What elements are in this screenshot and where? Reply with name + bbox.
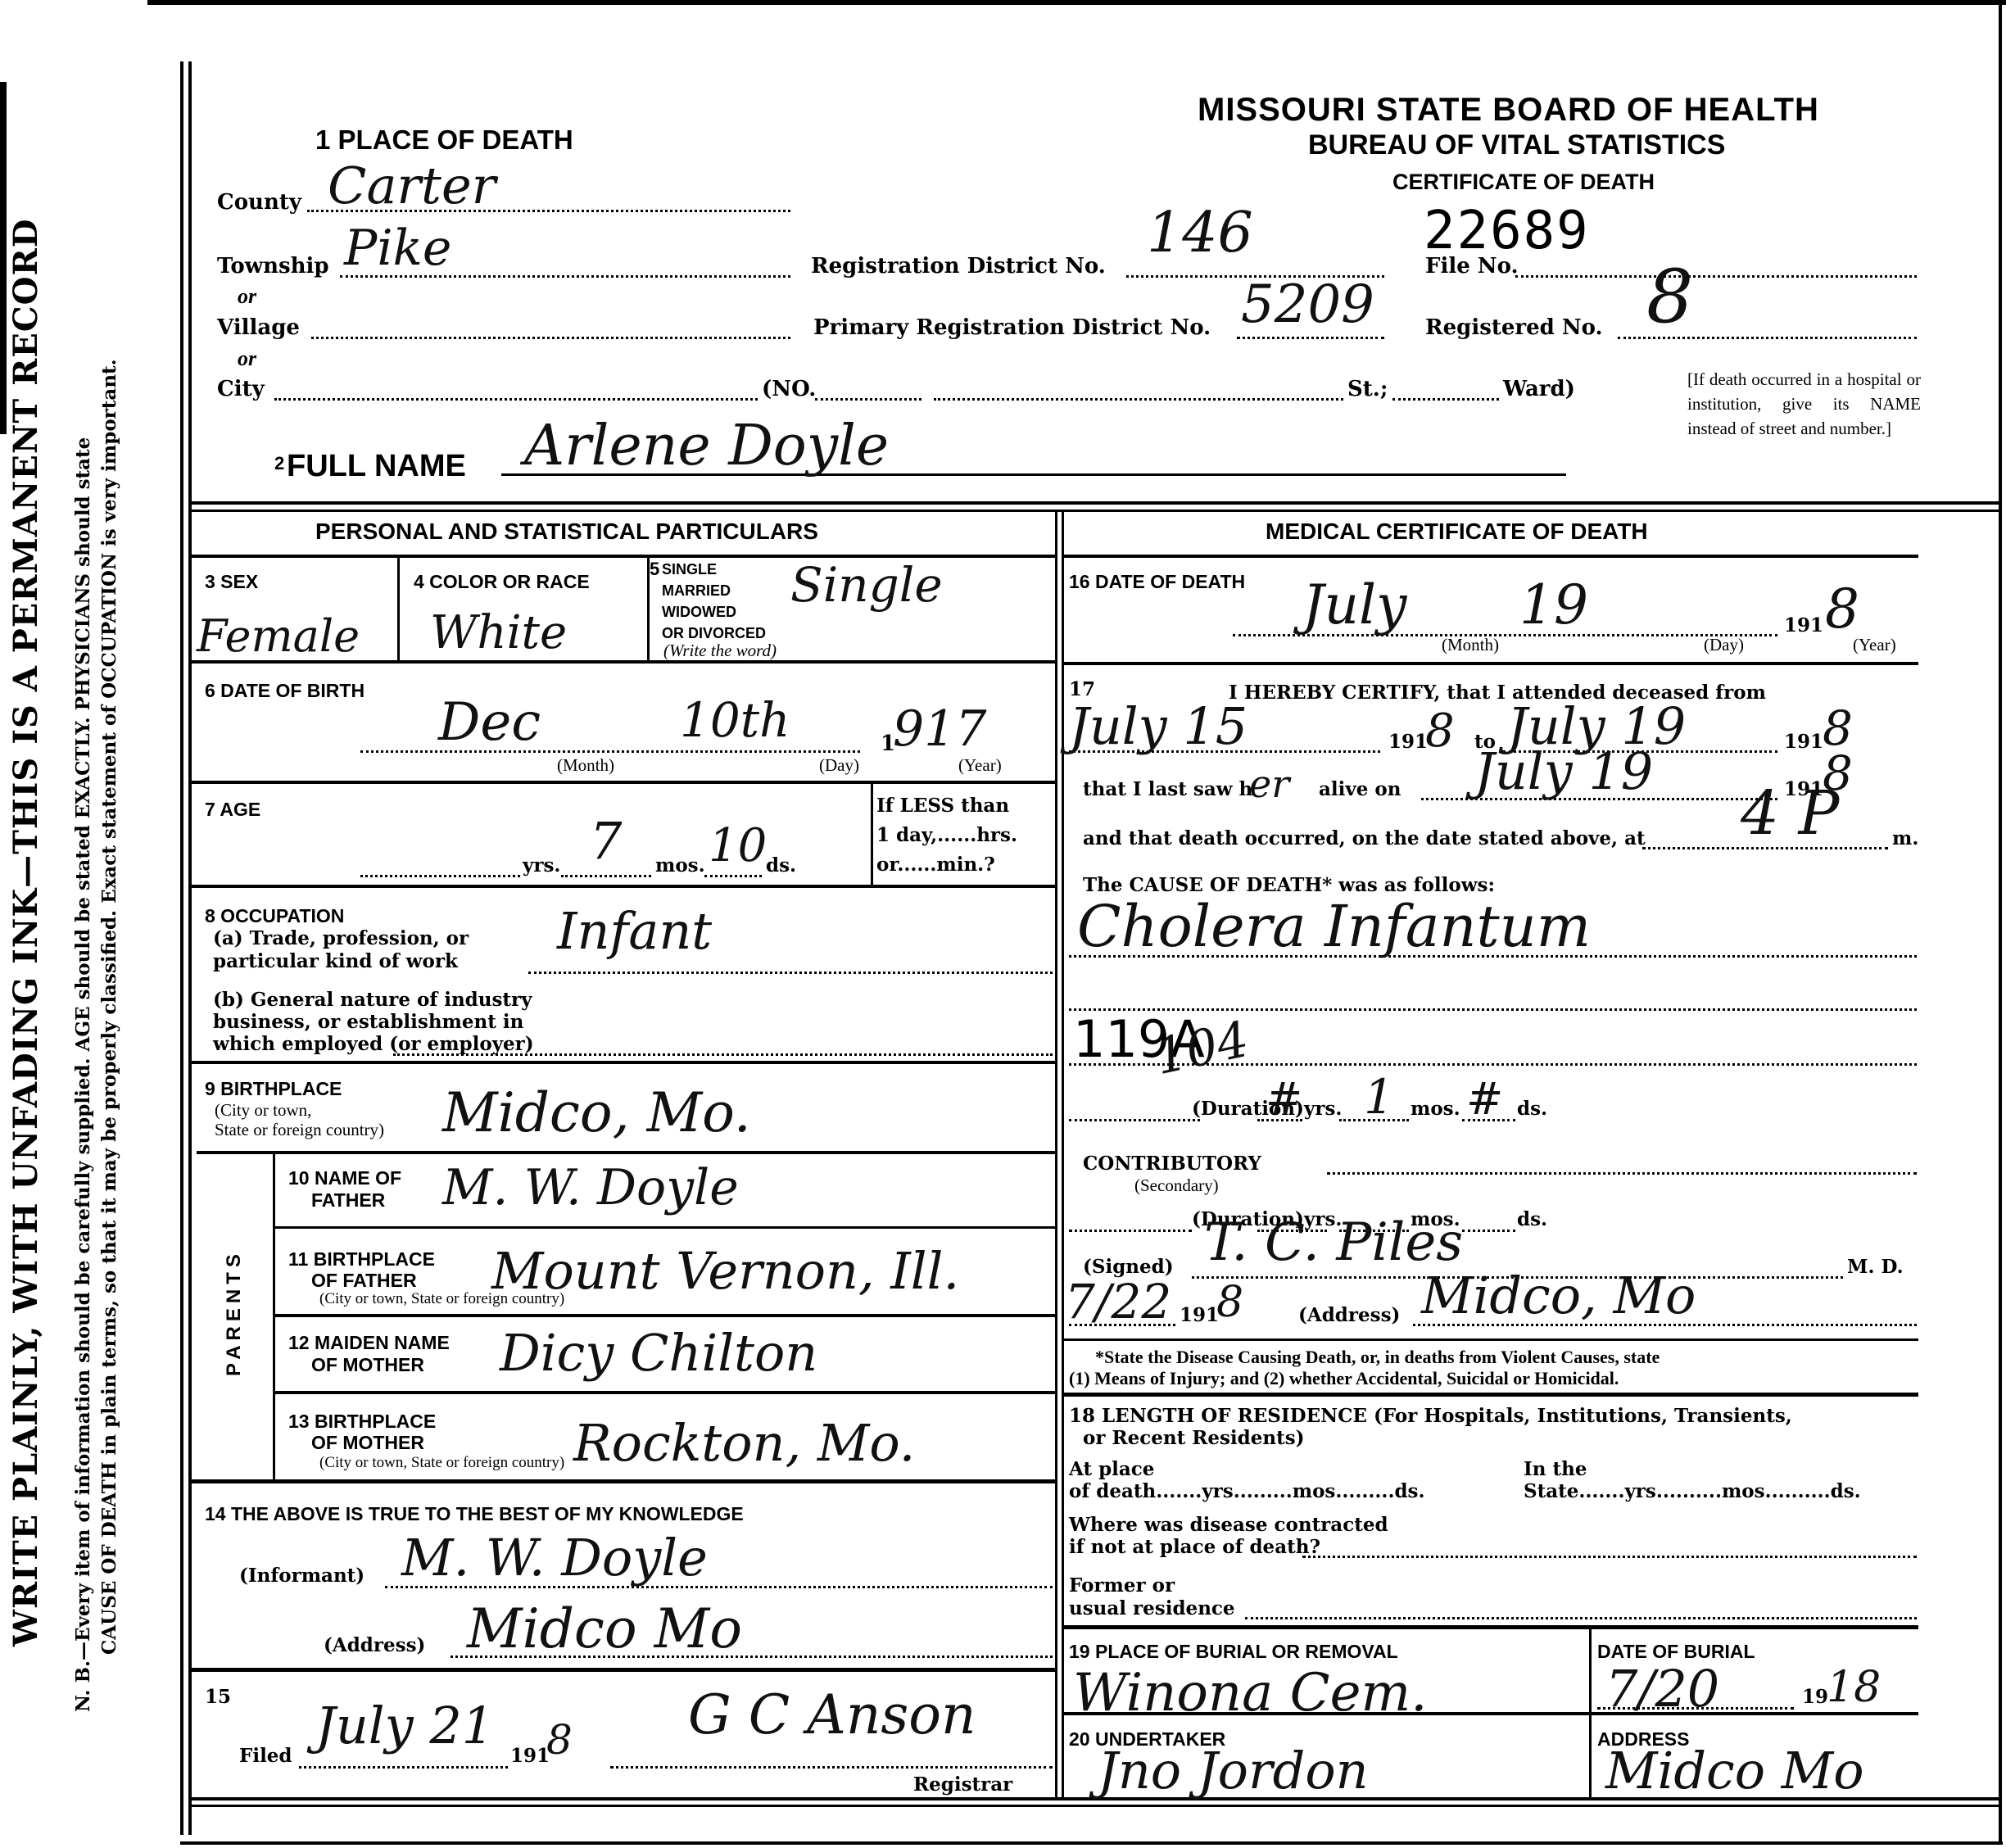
marital-option-single: SINGLE [662, 561, 717, 578]
contracted-field[interactable] [1302, 1551, 1917, 1558]
attended-to-year-prefix: 191 [1784, 731, 1823, 753]
primary-district-label: Primary Registration District No. [813, 315, 1211, 340]
age-yrs-field[interactable] [360, 870, 520, 877]
signed-year-prefix: 191 [1180, 1304, 1219, 1326]
dob-year-caption: (Year) [958, 755, 1002, 776]
age-mos-label: mos. [655, 854, 705, 876]
birthplace-hint2: State or foreign country) [215, 1120, 384, 1140]
dod-day-caption: (Day) [1704, 635, 1744, 655]
dod-day-value[interactable]: 19 [1519, 573, 1588, 636]
sex-race-divider [397, 558, 400, 660]
duration-ds-value[interactable]: # [1466, 1073, 1503, 1125]
bureau-title: BUREAU OF VITAL STATISTICS [1308, 129, 1725, 161]
occupation-a-line1: (a) Trade, profession, or [213, 927, 469, 949]
village-field[interactable] [311, 332, 790, 339]
occupation-b-line2: business, or establishment in [213, 1011, 523, 1033]
city-field[interactable] [274, 393, 758, 401]
registrar-field[interactable] [610, 1761, 1053, 1769]
contracted-line1: Where was disease contracted [1069, 1514, 1388, 1536]
informant-address-label: (Address) [324, 1634, 425, 1656]
contributory-label: CONTRIBUTORY [1083, 1153, 1261, 1175]
father-birthplace-label1: 11 BIRTHPLACE [288, 1248, 435, 1270]
age-yrs-label: yrs. [523, 854, 560, 876]
burial-year-value[interactable]: 18 [1827, 1663, 1881, 1712]
age-mos-value[interactable]: 7 [590, 811, 622, 871]
dob-day-caption: (Day) [819, 755, 859, 776]
township-value[interactable]: Pike [344, 220, 451, 277]
attended-from-year-prefix: 191 [1388, 731, 1428, 753]
duration-yrs-value[interactable]: # [1266, 1073, 1302, 1125]
or-text-1: or [238, 284, 256, 309]
full-name-value[interactable]: Arlene Doyle [524, 414, 889, 478]
age-less-divider [871, 784, 873, 885]
race-value[interactable]: White [430, 606, 567, 659]
row-rule-6 [275, 1226, 1055, 1229]
residence-label: 18 LENGTH OF RESIDENCE (For Hospitals, I… [1069, 1405, 1792, 1427]
burial-year-prefix: 19 [1802, 1686, 1828, 1708]
undertaker-value[interactable]: Jno Jordon [1098, 1741, 1369, 1800]
informant-value[interactable]: M. W. Doyle [401, 1528, 708, 1588]
ward-field[interactable] [1392, 393, 1499, 401]
last-saw-prefix: that I last saw h [1083, 778, 1252, 800]
row-rule-1 [190, 660, 1055, 664]
marital-hint: (Write the word) [663, 641, 777, 661]
frame-left-outer [180, 61, 183, 1835]
registered-number-label: Registered No. [1425, 315, 1603, 340]
registrar-value[interactable]: G C Anson [688, 1683, 976, 1746]
row-rule-2 [190, 781, 1055, 784]
dod-year-caption: (Year) [1853, 635, 1896, 655]
less-than-line2[interactable]: 1 day,......hrs. [876, 824, 1017, 846]
medical-rule-4 [1064, 1625, 1918, 1629]
less-than-line1: If LESS than [876, 795, 1009, 817]
birthplace-label: 9 BIRTHPLACE [205, 1078, 342, 1100]
death-time-value[interactable]: 4 P [1741, 778, 1839, 849]
informant-address-value[interactable]: Midco Mo [467, 1597, 742, 1660]
county-label: County [217, 190, 301, 215]
dod-month-value[interactable]: July [1302, 573, 1406, 636]
place-of-death-heading: 1 PLACE OF DEATH [315, 125, 573, 156]
bottom-rule-2 [190, 1805, 2000, 1807]
mother-birthplace-label2: OF MOTHER [311, 1432, 424, 1454]
row-rule-10 [190, 1668, 1055, 1672]
street-label: St.; [1347, 377, 1388, 401]
occupation-a-field[interactable] [528, 967, 1053, 974]
last-saw-date-value[interactable]: July 19 [1474, 741, 1653, 801]
registration-district-value[interactable]: 146 [1147, 201, 1253, 265]
former-residence-field[interactable] [1245, 1612, 1917, 1619]
death-time-text: and that death occurred, on the date sta… [1083, 827, 1646, 849]
burial-date-value[interactable]: 7/20 [1605, 1659, 1719, 1719]
age-label: 7 AGE [205, 799, 260, 821]
dob-month-caption: (Month) [557, 755, 614, 776]
dod-label: 16 DATE OF DEATH [1069, 571, 1245, 593]
frame-right [1999, 4, 2002, 1843]
attended-from-value[interactable]: July 15 [1069, 696, 1248, 756]
dod-year-value[interactable]: 8 [1825, 577, 1859, 641]
occupation-label: 8 OCCUPATION [205, 905, 344, 927]
cause-line-4[interactable] [1069, 1114, 1200, 1121]
last-saw-pronoun[interactable]: er [1249, 762, 1289, 806]
mother-name-label2: OF MOTHER [311, 1354, 424, 1376]
father-name-value[interactable]: M. W. Doyle [442, 1159, 739, 1216]
full-name-label: FULL NAME [287, 449, 466, 484]
row-rule-9 [190, 1479, 1055, 1483]
medical-rule-3 [1064, 1393, 1918, 1397]
dob-year-value[interactable]: 917 [893, 700, 987, 758]
former-line1: Former or [1069, 1574, 1175, 1597]
contrib-duration-prefix-field[interactable] [1069, 1225, 1192, 1232]
father-birthplace-value[interactable]: Mount Vernon, Ill. [491, 1241, 959, 1301]
contrib-ds-label: ds. [1517, 1208, 1547, 1230]
column-divider-right [1062, 510, 1064, 1800]
row-rule-5 [197, 1151, 1055, 1154]
death-time-suffix: m. [1892, 827, 1918, 849]
birthplace-hint1: (City or town, [215, 1100, 311, 1121]
occupation-a-line2: particular kind of work [213, 950, 458, 972]
at-place-line1: At place [1069, 1458, 1154, 1480]
dod-month-caption: (Month) [1442, 635, 1499, 655]
frame-bottom [180, 1841, 2003, 1845]
informant-heading: 14 THE ABOVE IS TRUE TO THE BEST OF MY K… [205, 1503, 744, 1525]
row-rule-7 [275, 1314, 1055, 1317]
in-state-line1: In the [1524, 1458, 1587, 1480]
filed-label: Filed [239, 1745, 292, 1767]
mother-birthplace-value[interactable]: Rockton, Mo. [573, 1413, 915, 1473]
dob-day-value[interactable]: 10th [680, 692, 790, 748]
contributory-field[interactable] [1327, 1167, 1917, 1175]
signed-address-label: (Address) [1298, 1304, 1400, 1326]
parents-label: PARENTS [223, 1249, 246, 1376]
medical-rule-2 [1064, 1338, 1918, 1341]
occupation-b-line1: (b) General nature of industry [213, 989, 532, 1011]
registrar-label: Registrar [913, 1773, 1012, 1796]
hospital-note: [If death occurred in a hospital or inst… [1687, 367, 1921, 441]
father-name-label1: 10 NAME OF [288, 1167, 401, 1189]
signed-date-value[interactable]: 7/22 [1065, 1274, 1171, 1329]
frame-left-inner [188, 61, 192, 1835]
dod-year-prefix: 191 [1784, 614, 1823, 636]
medical-rule-5 [1064, 1712, 1918, 1715]
age-ds-value[interactable]: 10 [709, 819, 767, 872]
file-number-stamp: 22689 [1424, 201, 1590, 261]
father-name-label2: FATHER [311, 1189, 385, 1212]
or-text-2: or [238, 346, 256, 371]
signed-address-value[interactable]: Midco, Mo [1421, 1266, 1696, 1325]
marital-number: 5 [650, 559, 659, 580]
dob-month-value[interactable]: Dec [438, 692, 541, 753]
row-rule-4 [190, 1061, 1055, 1064]
medical-heading: MEDICAL CERTIFICATE OF DEATH [1266, 519, 1648, 545]
md-label: M. D. [1847, 1256, 1904, 1278]
contracted-line2: if not at place of death? [1069, 1536, 1320, 1558]
contributory-sub: (Secondary) [1134, 1175, 1219, 1196]
signed-value[interactable]: T. C. Piles [1204, 1212, 1463, 1273]
age-mos-field[interactable] [561, 870, 651, 877]
mother-name-label1: 12 MAIDEN NAME [288, 1332, 450, 1354]
duration-yrs-label: yrs. [1304, 1098, 1342, 1120]
row-rule-8 [275, 1391, 1055, 1394]
duration-mos-value[interactable]: 1 [1364, 1069, 1394, 1125]
margin-note-line2: CAUSE OF DEATH in plain terms, so that i… [98, 359, 120, 1655]
age-ds-label: ds. [766, 854, 796, 876]
margin-note-line1: N. B.—Every item of information should b… [72, 437, 94, 1712]
certificate-title: CERTIFICATE OF DEATH [1392, 170, 1655, 195]
undertaker-address-value[interactable]: Midco Mo [1605, 1741, 1864, 1800]
footnote-line2: (1) Means of Injury; and (2) whether Acc… [1069, 1368, 1619, 1389]
parents-divider [273, 1154, 275, 1480]
signed-year-value[interactable]: 8 [1216, 1278, 1243, 1327]
main-divider-1 [190, 501, 2000, 505]
marital-value[interactable]: Single [790, 557, 943, 613]
county-value[interactable]: Carter [328, 156, 496, 215]
cause-value[interactable]: Cholera Infantum [1077, 893, 1591, 960]
occupation-a-value[interactable]: Infant [557, 901, 712, 961]
informant-label: (Informant) [239, 1565, 365, 1587]
medical-heading-rule [1064, 555, 1918, 558]
mother-birthplace-hint: (City or town, State or foreign country) [319, 1454, 564, 1472]
residence-label2: or Recent Residents) [1083, 1427, 1305, 1449]
contrib-ds-field[interactable] [1462, 1225, 1515, 1232]
left-scan-edge [0, 82, 7, 434]
board-title: MISSOURI STATE BOARD OF HEALTH [1198, 92, 1819, 129]
in-state-line2[interactable]: State.......yrs..........mos..........ds… [1524, 1480, 1861, 1502]
personal-heading: PERSONAL AND STATISTICAL PARTICULARS [315, 519, 818, 545]
column-divider-left [1055, 510, 1057, 1800]
marital-option-widowed: WIDOWED [662, 604, 736, 621]
ward-label: Ward) [1503, 377, 1575, 401]
attended-from-year-value[interactable]: 8 [1425, 704, 1455, 758]
full-name-number: 2 [274, 453, 284, 474]
at-place-line2[interactable]: of death.......yrs.........mos.........d… [1069, 1480, 1424, 1502]
mother-name-value[interactable]: Dicy Chilton [500, 1323, 817, 1383]
father-birthplace-label2: OF FATHER [311, 1270, 417, 1292]
former-line2: usual residence [1069, 1597, 1235, 1619]
file-number-field[interactable] [1515, 270, 1917, 278]
street-number-label: (NO. [762, 377, 816, 401]
top-scan-edge [147, 0, 2006, 5]
city-label: City [217, 377, 265, 401]
registration-district-label: Registration District No. [811, 254, 1106, 279]
filed-number: 15 [205, 1686, 231, 1708]
mother-birthplace-label1: 13 BIRTHPLACE [288, 1411, 436, 1433]
sex-label: 3 SEX [205, 571, 258, 593]
file-number-label: File No. [1425, 254, 1519, 279]
row-rule-3 [190, 885, 1055, 888]
township-label: Township [217, 254, 329, 279]
dob-label: 6 DATE OF BIRTH [205, 680, 365, 702]
burial-place-label: 19 PLACE OF BURIAL OR REMOVAL [1069, 1641, 1398, 1663]
marital-option-married: MARRIED [662, 582, 731, 600]
filed-year-value[interactable]: 8 [546, 1716, 573, 1764]
footnote-line1: *State the Disease Causing Death, or, in… [1095, 1347, 1660, 1368]
filed-year-prefix: 191 [510, 1745, 550, 1767]
occupation-b-field[interactable] [393, 1049, 1053, 1056]
duration-mos-label: mos. [1411, 1098, 1460, 1120]
village-label: Village [217, 315, 300, 340]
sex-value[interactable]: Female [197, 610, 360, 662]
street-number-field[interactable] [815, 393, 921, 401]
marital-option-divorced: OR DIVORCED [662, 625, 766, 642]
medical-rule-1 [1064, 662, 1918, 665]
race-label: 4 COLOR OR RACE [414, 571, 590, 593]
margin-title: WRITE PLAINLY, WITH UNFADING INK—THIS IS… [7, 219, 45, 1646]
filed-date-value[interactable]: July 21 [315, 1696, 494, 1755]
duration-ds-label: ds. [1517, 1098, 1547, 1120]
registered-number-value[interactable]: 8 [1646, 254, 1693, 340]
street-field[interactable] [934, 393, 1343, 401]
filed-date-field[interactable] [299, 1761, 508, 1769]
primary-district-value[interactable]: 5209 [1241, 274, 1374, 335]
main-divider-2 [190, 510, 2000, 512]
less-than-line3[interactable]: or......min.? [876, 854, 995, 876]
birthplace-value[interactable]: Midco, Mo. [442, 1081, 751, 1144]
alive-on-label: alive on [1319, 778, 1401, 800]
